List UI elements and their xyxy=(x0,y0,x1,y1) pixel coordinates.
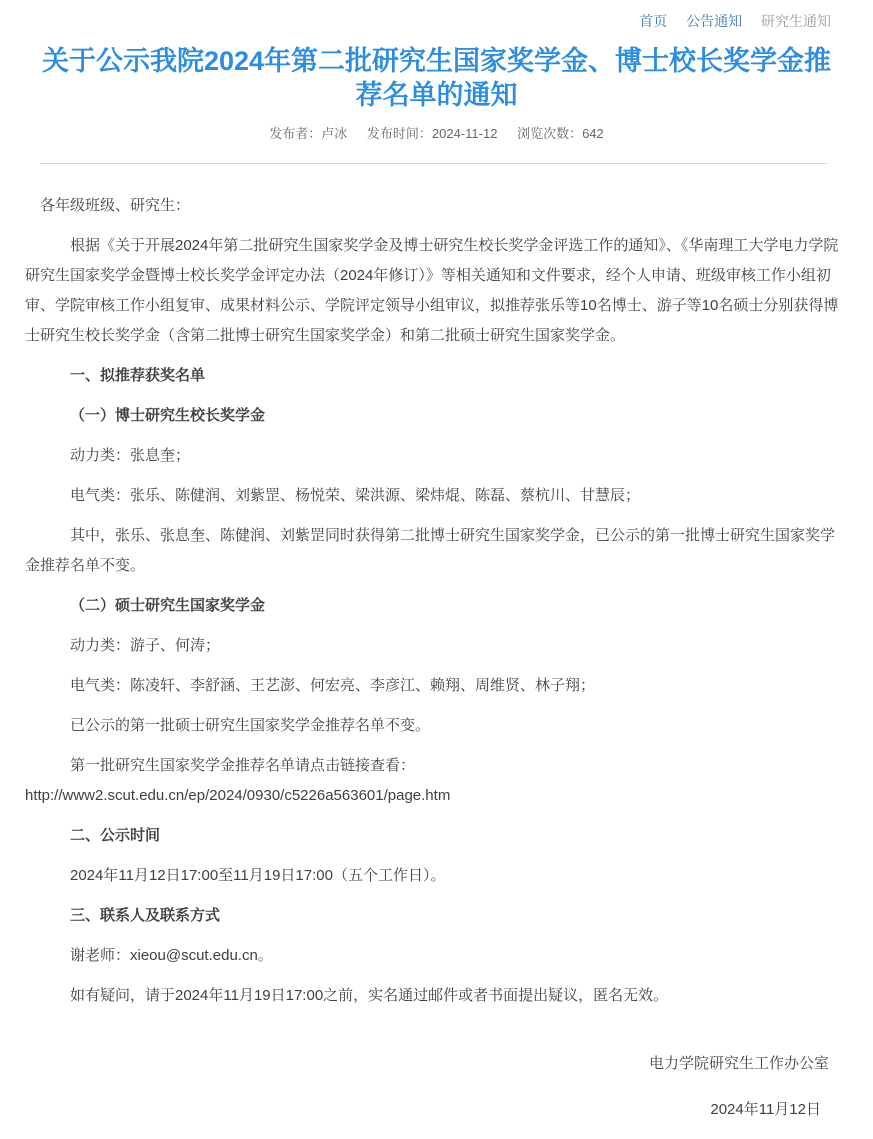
phd-note-paragraph: 其中，张乐、张息奎、陈健润、刘紫罡同时获得第二批博士研究生国家奖学金，已公示的第… xyxy=(25,521,845,581)
article-content: 各年级班级、研究生： 根据《关于开展2024年第二批研究生国家奖学金及博士研究生… xyxy=(0,164,873,1125)
breadcrumb-notices-link[interactable]: 公告通知 xyxy=(686,13,742,29)
breadcrumb-home-link[interactable]: 首页 xyxy=(639,13,667,29)
breadcrumb-current: 研究生通知 xyxy=(761,13,831,29)
meta-publisher: 发布者：卢冰 xyxy=(269,126,347,141)
meta-publisher-label: 发布者： xyxy=(269,126,321,141)
section-3-heading: 三、联系人及联系方式 xyxy=(25,901,845,931)
first-batch-link-url[interactable]: http://www2.scut.edu.cn/ep/2024/0930/c52… xyxy=(25,787,450,804)
section-1-heading: 一、拟推荐获奖名单 xyxy=(25,361,845,391)
master-power-list: 动力类：游子、何涛； xyxy=(25,631,845,661)
objection-note: 如有疑问，请于2024年11月19日17:00之前，实名通过邮件或者书面提出疑议… xyxy=(25,981,845,1011)
meta-views-value: 642 xyxy=(582,126,604,141)
first-batch-link-intro: 第一批研究生国家奖学金推荐名单请点击链接查看： xyxy=(25,751,845,781)
meta-publish-time-label: 发布时间： xyxy=(367,126,432,141)
master-electrical-list: 电气类：陈凌轩、李舒涵、王艺澎、何宏亮、李彦江、赖翔、周维贤、林子翔； xyxy=(25,671,845,701)
signature-date: 2024年11月12日 xyxy=(25,1095,845,1125)
signature-office: 电力学院研究生工作办公室 xyxy=(25,1049,845,1079)
meta-publisher-value: 卢冰 xyxy=(321,126,347,141)
section-1-1-heading: （一）博士研究生校长奖学金 xyxy=(25,401,845,431)
meta-views-label: 浏览次数： xyxy=(517,126,582,141)
meta-publish-time: 发布时间：2024-11-12 xyxy=(367,126,498,141)
phd-electrical-list: 电气类：张乐、陈健润、刘紫罡、杨悦荣、梁洪源、梁炜焜、陈磊、蔡杭川、甘慧辰； xyxy=(25,481,845,511)
publicity-period: 2024年11月12日17:00至11月19日17:00（五个工作日）。 xyxy=(25,861,845,891)
meta-publish-time-value: 2024-11-12 xyxy=(432,126,498,141)
salutation: 各年级班级、研究生： xyxy=(25,191,845,221)
phd-power-list: 动力类：张息奎； xyxy=(25,441,845,471)
first-batch-link-line: http://www2.scut.edu.cn/ep/2024/0930/c52… xyxy=(25,781,845,811)
breadcrumb: 首页 公告通知 研究生通知 xyxy=(0,0,873,29)
page-title: 关于公示我院2024年第二批研究生国家奖学金、博士校长奖学金推荐名单的通知 xyxy=(37,44,837,112)
intro-paragraph: 根据《关于开展2024年第二批研究生国家奖学金及博士研究生校长奖学金评选工作的通… xyxy=(25,231,845,351)
master-note-paragraph: 已公示的第一批硕士研究生国家奖学金推荐名单不变。 xyxy=(25,711,845,741)
section-1-2-heading: （二）硕士研究生国家奖学金 xyxy=(25,591,845,621)
article-meta: 发布者：卢冰 发布时间：2024-11-12 浏览次数：642 xyxy=(0,125,873,143)
notice-page: 首页 公告通知 研究生通知 关于公示我院2024年第二批研究生国家奖学金、博士校… xyxy=(0,0,873,1139)
contact-info: 谢老师：xieou@scut.edu.cn。 xyxy=(25,941,845,971)
meta-views: 浏览次数：642 xyxy=(517,126,604,141)
section-2-heading: 二、公示时间 xyxy=(25,821,845,851)
